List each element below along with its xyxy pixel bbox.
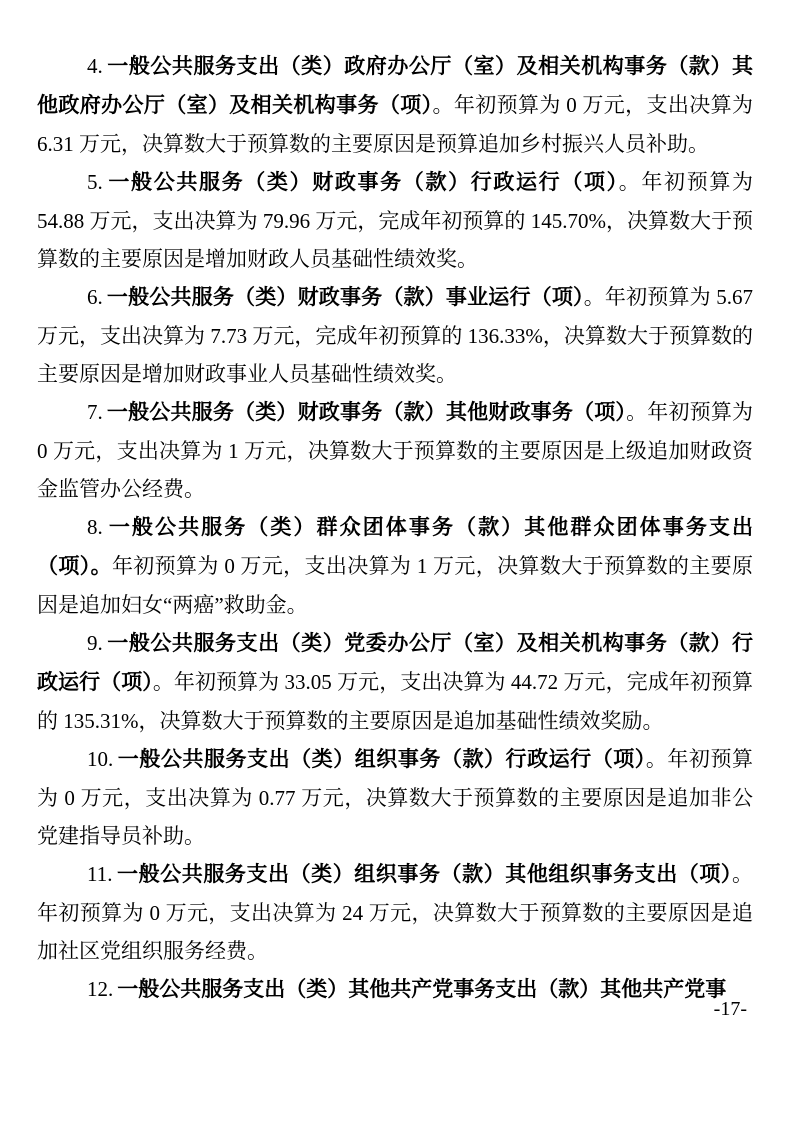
expense-item-paragraph: 4.一般公共服务支出（类）政府办公厅（室）及相关机构事务（款）其他政府办公厅（室… bbox=[37, 47, 753, 163]
item-number: 4. bbox=[87, 54, 103, 78]
item-heading: 一般公共服务（类）财政事务（款）行政运行（项） bbox=[107, 171, 619, 194]
item-number: 7. bbox=[87, 400, 103, 424]
item-heading: 一般公共服务支出（类）组织事务（款）行政运行（项） bbox=[117, 748, 646, 771]
item-number: 5. bbox=[87, 170, 103, 194]
item-number: 12. bbox=[87, 977, 113, 1001]
document-content: 4.一般公共服务支出（类）政府办公厅（室）及相关机构事务（款）其他政府办公厅（室… bbox=[37, 47, 753, 1009]
document-page: 4.一般公共服务支出（类）政府办公厅（室）及相关机构事务（款）其他政府办公厅（室… bbox=[0, 0, 793, 1122]
page-number: -17- bbox=[714, 996, 747, 1022]
item-number: 11. bbox=[87, 862, 112, 886]
item-heading: 一般公共服务支出（类）其他共产党事务支出（款）其他共产党事 bbox=[117, 978, 726, 1001]
expense-item-paragraph: 11.一般公共服务支出（类）组织事务（款）其他组织事务支出（项）。年初预算为 0… bbox=[37, 855, 753, 970]
item-number: 9. bbox=[87, 631, 103, 655]
expense-item-paragraph: 9.一般公共服务支出（类）党委办公厅（室）及相关机构事务（款）行政运行（项）。年… bbox=[37, 624, 753, 740]
item-heading: 一般公共服务（类）财政事务（款）事业运行（项） bbox=[107, 286, 584, 309]
expense-item-paragraph: 12.一般公共服务支出（类）其他共产党事务支出（款）其他共产党事 bbox=[37, 970, 753, 1009]
expense-item-paragraph: 10.一般公共服务支出（类）组织事务（款）行政运行（项）。年初预算为 0 万元，… bbox=[37, 740, 753, 855]
expense-item-paragraph: 8.一般公共服务（类）群众团体事务（款）其他群众团体事务支出（项）。年初预算为 … bbox=[37, 508, 753, 624]
item-body: 年初预算为 0 万元，支出决算为 1 万元，决算数大于预算数的主要原因是追加妇女… bbox=[37, 554, 753, 617]
expense-item-paragraph: 7.一般公共服务（类）财政事务（款）其他财政事务（项）。年初预算为 0 万元，支… bbox=[37, 393, 753, 508]
item-heading: 一般公共服务（类）财政事务（款）其他财政事务（项） bbox=[107, 401, 626, 424]
item-number: 8. bbox=[87, 515, 103, 539]
item-number: 10. bbox=[87, 747, 113, 771]
expense-item-paragraph: 6.一般公共服务（类）财政事务（款）事业运行（项）。年初预算为 5.67 万元，… bbox=[37, 278, 753, 393]
item-heading: 一般公共服务支出（类）组织事务（款）其他组织事务支出（项） bbox=[116, 863, 732, 886]
item-number: 6. bbox=[87, 285, 103, 309]
expense-item-paragraph: 5.一般公共服务（类）财政事务（款）行政运行（项）。年初预算为 54.88 万元… bbox=[37, 163, 753, 278]
